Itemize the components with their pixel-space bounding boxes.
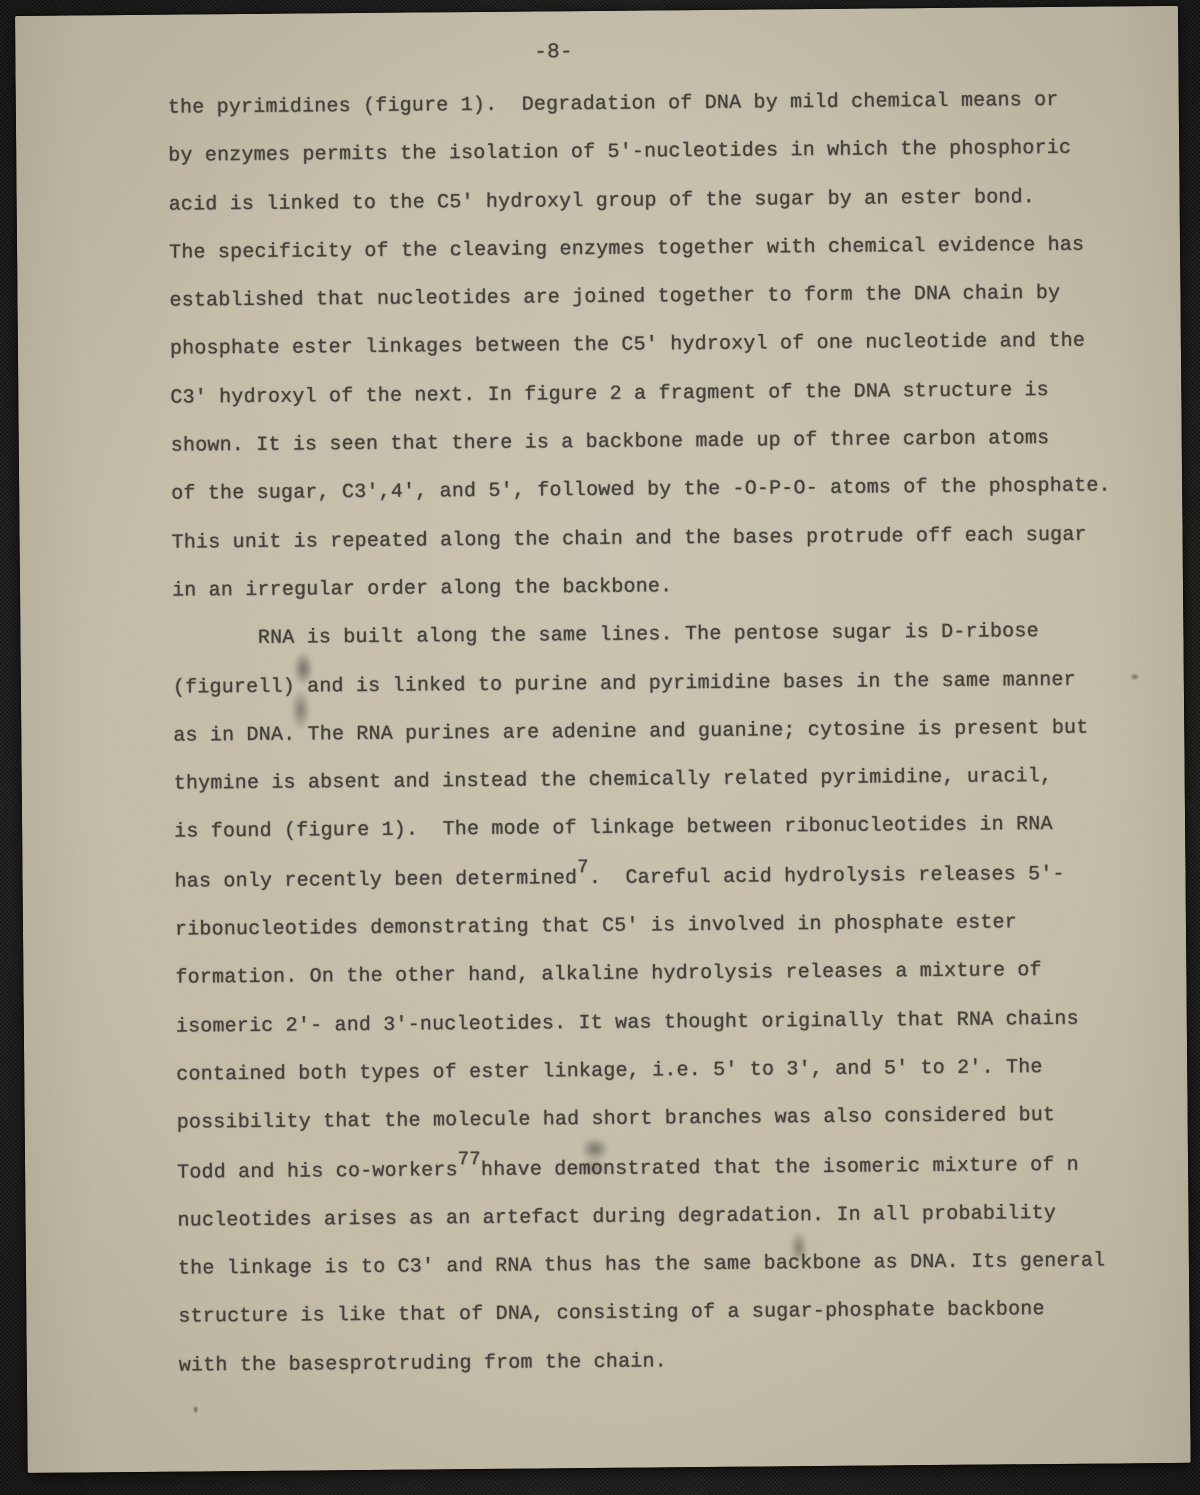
text-line: possibility that the molecule had short … [176,1091,1136,1148]
text-segment: phosphate ester linkages between the C5'… [170,330,1085,361]
text-segment: This unit is repeated along the chain an… [172,523,1087,554]
text-line: has only recently been determined7. Care… [174,849,1134,907]
text-segment: nucleotides arises as an artefact during… [177,1202,1056,1233]
superscript-reference: 7 [577,856,589,878]
text-line: shown. It is seen that there is a backbo… [171,414,1131,471]
text-segment: formation. On the other hand, alkaline h… [175,959,1042,990]
text-segment: The specificity of the cleaving enzymes … [169,234,1084,265]
text-segment: Todd and his co-workers [177,1159,458,1184]
text-segment: by enzymes permits the isolation of 5'-n… [168,137,1071,168]
text-segment: with the basesprotruding from the chain. [179,1350,667,1377]
text-segment: possibility that the molecule had short … [177,1104,1056,1135]
text-line: phosphate ester linkages between the C5'… [170,318,1130,375]
ink-smudge [192,1404,199,1414]
scan-background: -8- the pyrimidines (figure 1). Degradat… [0,0,1200,1495]
text-line: by enzymes permits the isolation of 5'-n… [168,125,1128,182]
text-segment: . Careful acid hydrolysis releases 5'- [589,863,1065,890]
text-segment: isomeric 2'- and 3'-nucleotides. It was … [176,1007,1079,1038]
text-segment: contained both types of ester linkage, i… [176,1056,1043,1087]
text-line: The specificity of the cleaving enzymes … [169,221,1129,278]
text-line: established that nucleotides are joined … [169,269,1129,326]
text-line: the linkage is to C3' and RNA thus has t… [178,1237,1138,1294]
text-line: is found (figure 1). The mode of linkage… [174,801,1134,858]
document-page: -8- the pyrimidines (figure 1). Degradat… [15,6,1191,1473]
text-segment: (figurell) and is linked to purine and p… [173,668,1076,699]
text-segment: has only recently been determined [174,867,577,894]
typewritten-text: the pyrimidines (figure 1). Degradation … [168,76,1139,1390]
superscript-reference: 77 [458,1148,481,1170]
text-segment: is found (figure 1). The mode of linkage… [174,813,1053,844]
text-segment: established that nucleotides are joined … [169,282,1060,313]
text-line: isomeric 2'- and 3'-nucleotides. It was … [176,995,1136,1052]
text-line: contained both types of ester linkage, i… [176,1043,1136,1100]
text-line: structure is like that of DNA, consistin… [178,1286,1138,1343]
text-segment: the pyrimidines (figure 1). Degradation … [168,89,1059,120]
text-line: (figurell) and is linked to purine and p… [173,656,1133,713]
text-segment: RNA is built along the same lines. The p… [172,620,1039,651]
text-line: in an irregular order along the backbone… [172,559,1132,616]
text-segment: shown. It is seen that there is a backbo… [171,427,1050,458]
text-segment: in an irregular order along the backbone… [172,575,672,602]
text-segment: the linkage is to C3' and RNA thus has t… [178,1250,1106,1281]
text-line: acid is linked to the C5' hydroxyl group… [168,173,1128,230]
text-segment: C3' hydroxyl of the next. In figure 2 a … [170,379,1049,410]
text-line: of the sugar, C3',4', and 5', followed b… [171,463,1131,520]
text-line: as in DNA. The RNA purines are adenine a… [173,704,1133,761]
text-segment: thymine is absent and instead the chemic… [174,765,1053,796]
text-segment: hhave demonstrated that the isomeric mix… [481,1153,1079,1181]
text-segment: as in DNA. The RNA purines are adenine a… [173,717,1088,748]
text-line: This unit is repeated along the chain an… [171,511,1131,568]
text-line: with the basesprotruding from the chain. [179,1334,1139,1391]
text-line: thymine is absent and instead the chemic… [174,752,1134,809]
text-line: the pyrimidines (figure 1). Degradation … [168,76,1128,133]
text-line: formation. On the other hand, alkaline h… [175,947,1135,1004]
text-segment: structure is like that of DNA, consistin… [178,1298,1045,1329]
text-line: RNA is built along the same lines. The p… [172,608,1132,665]
text-line: ribonucleotides demonstrating that C5' i… [175,898,1135,955]
text-line: C3' hydroxyl of the next. In figure 2 a … [170,366,1130,423]
text-segment: ribonucleotides demonstrating that C5' i… [175,911,1017,941]
text-line: Todd and his co-workers77hhave demonstra… [177,1140,1137,1198]
text-segment: acid is linked to the C5' hydroxyl group… [169,186,1036,217]
text-line: nucleotides arises as an artefact during… [177,1189,1137,1246]
page-number: -8- [534,41,573,64]
text-segment: of the sugar, C3',4', and 5', followed b… [171,475,1111,506]
